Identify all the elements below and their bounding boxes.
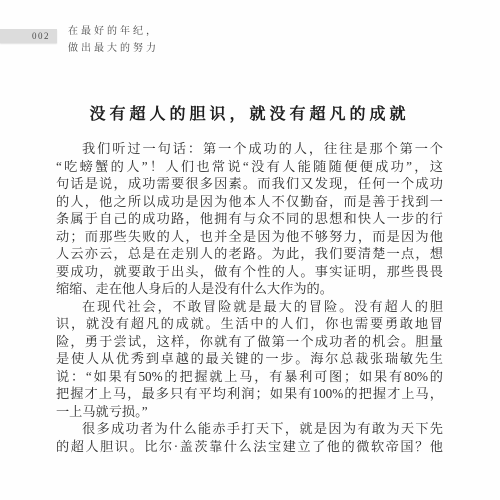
body-line: 在现代社会，不敢冒险就是最大的冒险。没有超人的胆 (56, 298, 443, 316)
body-line: 条属于自己的成功路，他拥有与众不同的思想和快人一步的行 (56, 210, 443, 228)
body-line: 识，就没有超凡的成就。生活中的人们，你也需要勇敢地冒 (56, 315, 443, 333)
body-line: 说：“如果有50%的把握就上马，有暴利可图；如果有80%的 (56, 368, 443, 386)
body-line: 要成功，就要敢于出头，做有个性的人。事实证明，那些畏畏 (56, 263, 443, 281)
body-line: 的人，他之所以成功是因为他本人不仅勤奋，而是善于找到一 (56, 193, 443, 211)
book-page: 002 在最好的年纪， 做出最大的努力 没有超人的胆识，就没有超凡的成就 我们听… (0, 0, 500, 500)
body-text: 我们听过一句话：第一个成功的人，往往是那个第一个“吃螃蟹的人”！人们也常说“没有… (56, 140, 443, 455)
running-title: 在最好的年纪， 做出最大的努力 (68, 23, 159, 57)
body-line: 我们听过一句话：第一个成功的人，往往是那个第一个 (56, 140, 443, 158)
body-line: 很多成功者为什么能赤手打天下，就是因为有敢为天下先 (56, 420, 443, 438)
body-line: “吃螃蟹的人”！人们也常说“没有人能随随便便成功”，这 (56, 158, 443, 176)
body-line: 险，勇于尝试，这样，你就有了做第一个成功者的机会。胆量 (56, 333, 443, 351)
page-number-bar: 002 (0, 29, 57, 43)
page-number: 002 (0, 29, 57, 43)
body-line: 是使人从优秀到卓越的最关键的一步。海尔总裁张瑞敏先生 (56, 350, 443, 368)
body-line: 一上马就亏损。” (56, 403, 443, 421)
running-title-line-2: 做出最大的努力 (68, 40, 159, 57)
body-line: 人云亦云，总是在走别人的老路。为此，我们要清楚一点，想 (56, 245, 443, 263)
running-title-line-1: 在最好的年纪， (68, 23, 159, 40)
chapter-title: 没有超人的胆识，就没有超凡的成就 (56, 101, 443, 124)
body-line: 句话是说，成功需要很多因素。而我们又发现，任何一个成功 (56, 175, 443, 193)
body-line: 把握才上马，最多只有平均利润；如果有100%的把握才上马， (56, 385, 443, 403)
body-line: 的超人胆识。比尔·盖茨靠什么法宝建立了他的微软帝国？他 (56, 438, 443, 456)
body-line: 缩缩、走在他人身后的人是没有什么大作为的。 (56, 280, 443, 298)
body-line: 动；而那些失败的人，也并全是因为他不够努力，而是因为他 (56, 228, 443, 246)
